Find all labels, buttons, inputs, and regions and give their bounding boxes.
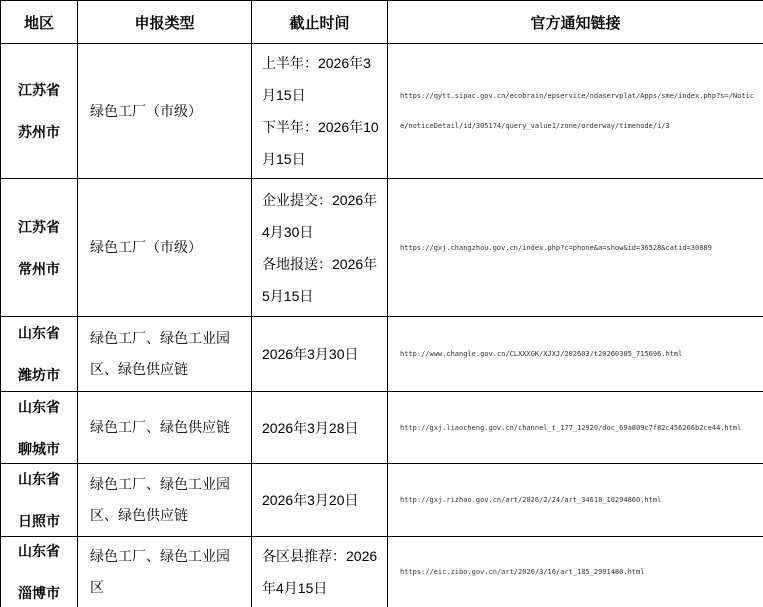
- application-type-cell: 绿色工厂（市级）: [78, 44, 252, 179]
- region-line: 日照市: [1, 513, 77, 529]
- region-cell: 江苏省苏州市: [1, 44, 78, 179]
- table-body: 江苏省苏州市 绿色工厂（市级） 上半年：2026年3月15日下半年：2026年1…: [1, 44, 763, 607]
- region-line: 潍坊市: [1, 367, 77, 383]
- application-type-cell: 绿色工厂（市级）: [78, 179, 252, 317]
- notice-link[interactable]: http://www.changle.gov.cn/CLXXXGK/XJXJ/2…: [400, 350, 682, 358]
- notice-link[interactable]: https://gxj.changzhou.gov.cn/index.php?c…: [400, 244, 712, 252]
- notice-link[interactable]: http://gxj.liaocheng.gov.cn/channel_t_17…: [400, 424, 741, 432]
- application-type-text: 绿色工厂、绿色工业园区、绿色供应链: [90, 476, 230, 523]
- link-cell: http://gxj.rizhao.gov.cn/art/2026/2/24/a…: [388, 464, 763, 537]
- application-type-text: 绿色工厂、绿色工业园区: [90, 548, 230, 595]
- deadline-entry: 2026年3月28日: [262, 412, 381, 444]
- region-line: 山东省: [1, 543, 77, 559]
- link-cell: http://www.changle.gov.cn/CLXXXGK/XJXJ/2…: [388, 317, 763, 392]
- deadline-entry: 上半年：2026年3月15日: [262, 47, 381, 111]
- application-type-cell: 绿色工厂、绿色工业园区、绿色供应链: [78, 317, 252, 392]
- green-factory-notice-table: 地区 申报类型 截止时间 官方通知链接 江苏省苏州市 绿色工厂（市级） 上半年：…: [0, 0, 763, 607]
- region-line: 山东省: [1, 325, 77, 341]
- table-row: 山东省潍坊市 绿色工厂、绿色工业园区、绿色供应链 2026年3月30日 http…: [1, 317, 763, 392]
- deadline-entry: 企业提交：2026年4月30日: [262, 184, 381, 248]
- deadline-cell: 各区县推荐：2026年4月15日: [252, 537, 388, 607]
- link-cell: http://gxj.liaocheng.gov.cn/channel_t_17…: [388, 392, 763, 464]
- region-line: 常州市: [1, 261, 77, 277]
- deadline-cell: 2026年3月30日: [252, 317, 388, 392]
- header-official-notice-link: 官方通知链接: [388, 1, 763, 44]
- table-row: 山东省淄博市 绿色工厂、绿色工业园区 各区县推荐：2026年4月15日 http…: [1, 537, 763, 607]
- header-region: 地区: [1, 1, 78, 44]
- application-type-text: 绿色工厂、绿色供应链: [90, 419, 230, 435]
- application-type-cell: 绿色工厂、绿色供应链: [78, 392, 252, 464]
- deadline-entry: 2026年3月20日: [262, 484, 381, 516]
- header-row: 地区 申报类型 截止时间 官方通知链接: [1, 1, 763, 44]
- deadline-entry: 各区县推荐：2026年4月15日: [262, 540, 381, 604]
- region-cell: 山东省淄博市: [1, 537, 78, 607]
- application-type-cell: 绿色工厂、绿色工业园区、绿色供应链: [78, 464, 252, 537]
- deadline-cell: 2026年3月20日: [252, 464, 388, 537]
- region-line: 淄博市: [1, 585, 77, 601]
- region-line: 江苏省: [1, 82, 77, 98]
- notice-link[interactable]: https://eic.zibo.gov.cn/art/2026/3/16/ar…: [400, 568, 644, 576]
- region-cell: 山东省日照市: [1, 464, 78, 537]
- region-line: 山东省: [1, 471, 77, 487]
- deadline-entry: 下半年：2026年10月15日: [262, 111, 381, 175]
- link-cell: https://qytt.sipac.gov.cn/ecobrain/epser…: [388, 44, 763, 179]
- application-type-cell: 绿色工厂、绿色工业园区: [78, 537, 252, 607]
- region-cell: 山东省潍坊市: [1, 317, 78, 392]
- notice-link[interactable]: https://qytt.sipac.gov.cn/ecobrain/epser…: [400, 92, 754, 130]
- deadline-entry: 2026年3月30日: [262, 338, 381, 370]
- region-line: 山东省: [1, 399, 77, 415]
- table-row: 山东省聊城市 绿色工厂、绿色供应链 2026年3月28日 http://gxj.…: [1, 392, 763, 464]
- link-cell: https://gxj.changzhou.gov.cn/index.php?c…: [388, 179, 763, 317]
- application-type-text: 绿色工厂（市级）: [90, 239, 202, 255]
- region-cell: 江苏省常州市: [1, 179, 78, 317]
- application-type-text: 绿色工厂、绿色工业园区、绿色供应链: [90, 330, 230, 377]
- region-line: 江苏省: [1, 219, 77, 235]
- region-cell: 山东省聊城市: [1, 392, 78, 464]
- table-row: 江苏省苏州市 绿色工厂（市级） 上半年：2026年3月15日下半年：2026年1…: [1, 44, 763, 179]
- link-cell: https://eic.zibo.gov.cn/art/2026/3/16/ar…: [388, 537, 763, 607]
- table-row: 江苏省常州市 绿色工厂（市级） 企业提交：2026年4月30日各地报送：2026…: [1, 179, 763, 317]
- deadline-entry: 各地报送：2026年5月15日: [262, 248, 381, 312]
- notice-link[interactable]: http://gxj.rizhao.gov.cn/art/2026/2/24/a…: [400, 496, 661, 504]
- deadline-cell: 企业提交：2026年4月30日各地报送：2026年5月15日: [252, 179, 388, 317]
- region-line: 聊城市: [1, 441, 77, 457]
- region-line: 苏州市: [1, 124, 77, 140]
- deadline-cell: 2026年3月28日: [252, 392, 388, 464]
- header-deadline: 截止时间: [252, 1, 388, 44]
- header-application-type: 申报类型: [78, 1, 252, 44]
- table-row: 山东省日照市 绿色工厂、绿色工业园区、绿色供应链 2026年3月20日 http…: [1, 464, 763, 537]
- application-type-text: 绿色工厂（市级）: [90, 103, 202, 119]
- deadline-cell: 上半年：2026年3月15日下半年：2026年10月15日: [252, 44, 388, 179]
